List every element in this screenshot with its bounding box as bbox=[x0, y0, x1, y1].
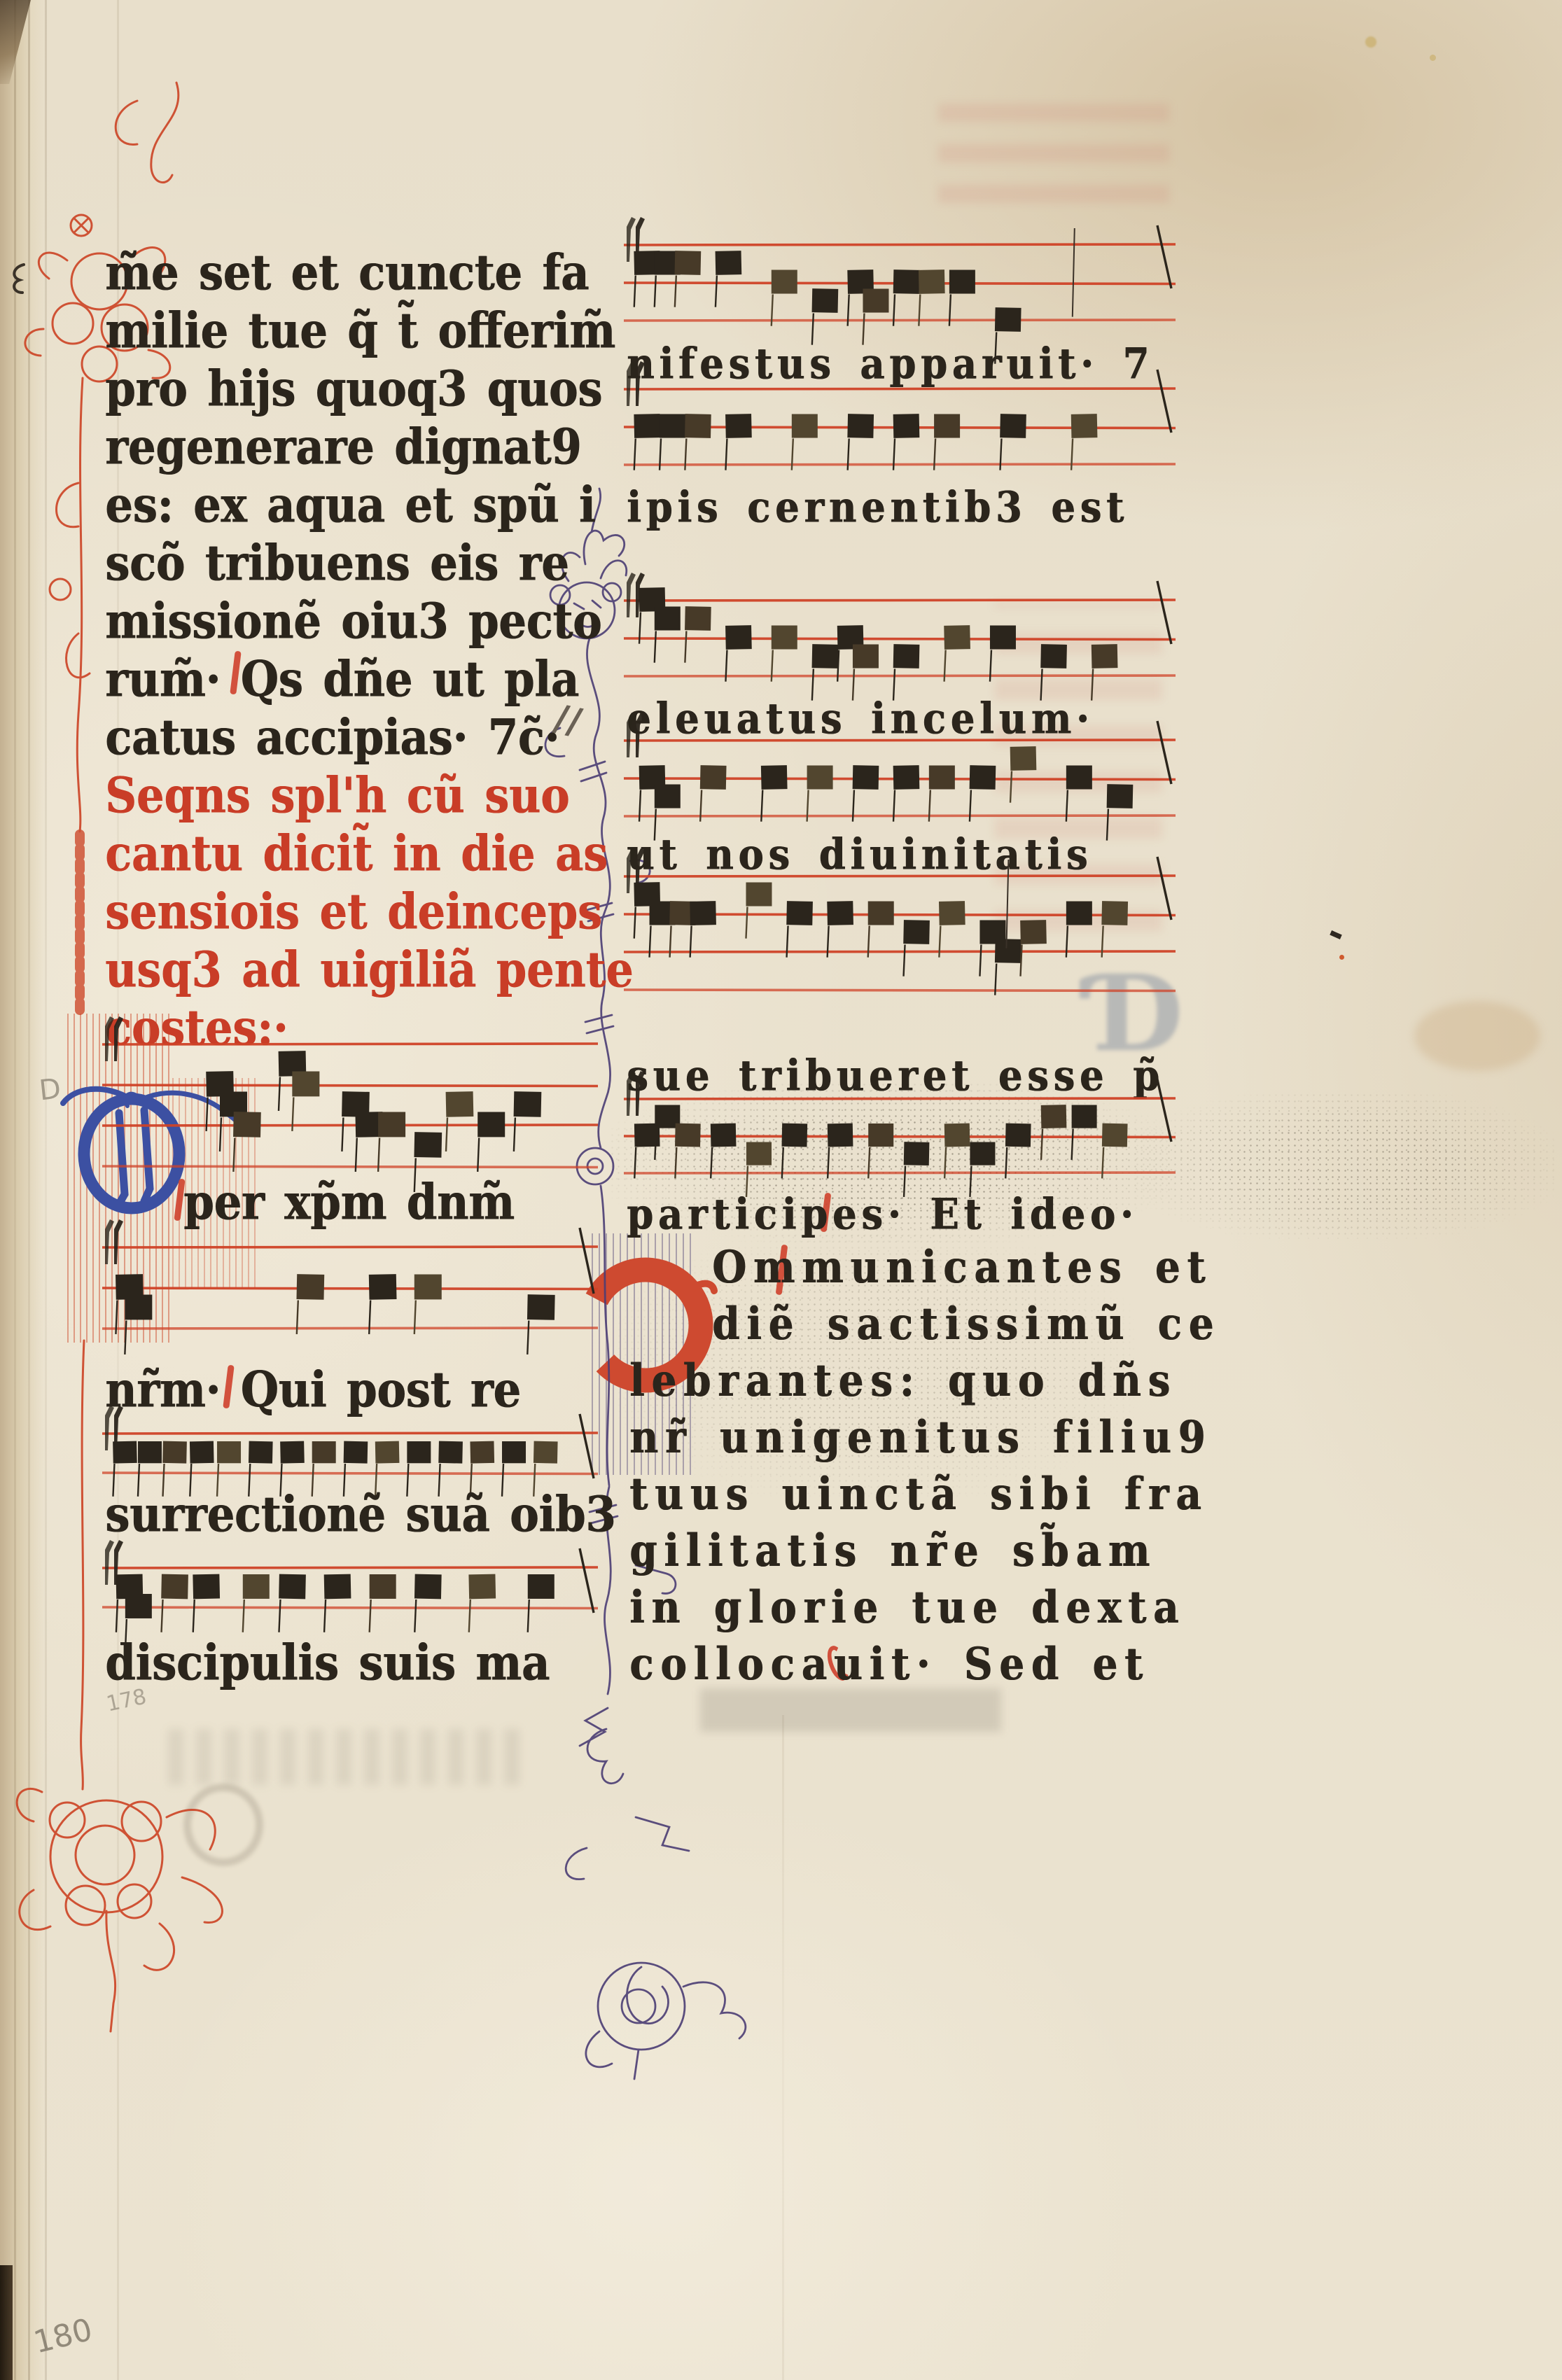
neume-note bbox=[812, 644, 839, 701]
neume-note bbox=[772, 270, 797, 326]
stave-divider bbox=[1006, 860, 1008, 948]
staff-line bbox=[624, 600, 1176, 601]
rubric-line: sensiois et deinceps bbox=[105, 883, 602, 940]
text-line: participes· Et ideo· bbox=[627, 1189, 1138, 1239]
binding-corner-shadow bbox=[0, 2265, 13, 2380]
staff-line bbox=[102, 1567, 598, 1568]
stave-end-stroke bbox=[580, 1414, 594, 1478]
stave-end-stroke bbox=[1157, 721, 1171, 784]
neume-note bbox=[868, 902, 894, 958]
neume-note bbox=[1041, 1105, 1067, 1160]
ink-fleck bbox=[1339, 955, 1344, 960]
neume-note bbox=[233, 1112, 261, 1172]
stave-end-stroke bbox=[1157, 370, 1171, 433]
neume-note bbox=[1102, 1123, 1128, 1179]
neume-note bbox=[868, 1123, 893, 1178]
text-line: diẽ sactissimũ ce bbox=[712, 1298, 1220, 1350]
stave-start-virga bbox=[105, 1016, 114, 1061]
neume-note bbox=[1092, 644, 1118, 701]
neume-note bbox=[1107, 784, 1134, 841]
neume-note bbox=[863, 289, 888, 345]
neume-note bbox=[1020, 920, 1047, 976]
neume-note bbox=[528, 1574, 555, 1632]
stave-start-virga bbox=[105, 1406, 114, 1450]
stave-start-virga bbox=[627, 713, 636, 757]
stave-start-virga bbox=[636, 713, 645, 757]
neume-note bbox=[634, 414, 660, 470]
neume-note bbox=[279, 1574, 306, 1632]
stave-end-stroke bbox=[580, 1548, 594, 1613]
neume-note bbox=[1010, 746, 1037, 803]
text-line: collocauit· Sed et bbox=[629, 1638, 1150, 1690]
ink-fleck bbox=[1330, 930, 1341, 939]
stave-divider bbox=[1073, 228, 1075, 317]
staff-line bbox=[624, 1136, 1176, 1137]
stave-end-stroke bbox=[1157, 857, 1171, 920]
neume-note bbox=[690, 901, 716, 958]
staff-line bbox=[102, 1125, 598, 1126]
dirt-speckle bbox=[1134, 1092, 1554, 1239]
neume-note bbox=[675, 251, 702, 307]
neume-note bbox=[944, 1123, 970, 1179]
neume-note bbox=[1040, 644, 1067, 701]
text-line: lebrantes: quo dñs bbox=[629, 1354, 1177, 1407]
neume-note bbox=[685, 606, 711, 663]
text-line: rum̃· Qs dñe ut pla bbox=[105, 650, 579, 708]
staff-line bbox=[102, 1247, 598, 1247]
staff-line bbox=[102, 1473, 598, 1474]
text-line: ipis cernentib3 est bbox=[627, 482, 1129, 532]
staff-line bbox=[624, 320, 1176, 321]
neume-note bbox=[893, 414, 920, 470]
text-line: pro hijs quoq3 quos bbox=[105, 360, 602, 417]
neume-note bbox=[369, 1274, 397, 1334]
neume-note bbox=[414, 1574, 442, 1632]
stave-start-virga bbox=[105, 1219, 114, 1264]
neume-note bbox=[660, 414, 685, 470]
staff-line bbox=[102, 1166, 598, 1168]
staff-line bbox=[624, 990, 1176, 991]
staff-line bbox=[624, 815, 1176, 816]
neume-note bbox=[970, 765, 996, 822]
neume-note bbox=[853, 645, 879, 701]
neume-note bbox=[827, 901, 853, 958]
neume-note bbox=[655, 607, 681, 663]
neume-note bbox=[786, 901, 813, 958]
pencil-letter-mark: D bbox=[38, 1073, 62, 1107]
neume-note bbox=[711, 1123, 737, 1179]
neume-note bbox=[812, 288, 839, 345]
stave-start-virga bbox=[114, 1219, 123, 1264]
neume-note bbox=[370, 1574, 396, 1632]
text-line: scõ tribuens eis re bbox=[105, 534, 569, 591]
neume-note bbox=[292, 1072, 319, 1131]
neume-note bbox=[1005, 1123, 1031, 1179]
staff-line bbox=[102, 1328, 598, 1329]
neume-note bbox=[893, 644, 920, 701]
neume-note bbox=[725, 414, 752, 470]
text-line: surrectionẽ suã oib3 bbox=[105, 1485, 615, 1543]
text-line: milie tue q̃ t̃ offerim̃ bbox=[105, 302, 615, 359]
neume-note bbox=[990, 626, 1016, 682]
rubric-line: cantu dicit̃ in die as bbox=[105, 825, 608, 882]
neume-note bbox=[893, 269, 920, 326]
staff-line bbox=[624, 638, 1176, 640]
neume-note bbox=[995, 939, 1021, 995]
neume-note bbox=[675, 1123, 701, 1179]
neume-note bbox=[324, 1574, 351, 1632]
rubric-line: Seqns spl'h cũ suo bbox=[105, 766, 569, 824]
stave-start-virga bbox=[636, 1071, 645, 1116]
neume-note bbox=[934, 414, 960, 470]
neume-note bbox=[514, 1091, 542, 1151]
text-line: discipulis suis ma bbox=[105, 1634, 550, 1691]
staff-line bbox=[102, 1433, 598, 1434]
bleedthrough-pink bbox=[938, 98, 1169, 203]
neume-note bbox=[772, 626, 797, 682]
text-line: nr̃ unigenitus filiu9 bbox=[629, 1411, 1212, 1464]
neume-note bbox=[378, 1112, 405, 1172]
neume-note bbox=[716, 251, 742, 307]
text-line: missionẽ oiu3 pecto bbox=[105, 592, 601, 650]
neume-note bbox=[125, 1295, 152, 1354]
stave-start-virga bbox=[627, 573, 636, 617]
neume-note bbox=[761, 765, 788, 822]
rubric-line: usq3 ad uigiliã pente bbox=[105, 941, 634, 998]
neume-note bbox=[893, 765, 920, 822]
stave-end-stroke bbox=[1157, 581, 1171, 644]
stave-end-stroke bbox=[1157, 225, 1171, 288]
text-line: gilitatis nr̃e sb̃am bbox=[629, 1525, 1157, 1577]
neume-note bbox=[792, 414, 818, 470]
music-stave bbox=[99, 1536, 601, 1646]
text-line: catus accipias· 7c̃· bbox=[105, 708, 559, 766]
neume-note bbox=[1066, 766, 1092, 822]
stave-end-stroke bbox=[1157, 1079, 1171, 1142]
neume-note bbox=[243, 1574, 270, 1632]
staff-line bbox=[624, 876, 1176, 876]
neume-note bbox=[725, 625, 752, 682]
neume-note bbox=[1072, 1105, 1097, 1160]
stave-end-stroke bbox=[580, 1228, 594, 1294]
text-line: Ommunicantes et bbox=[712, 1241, 1212, 1294]
staff-line bbox=[624, 464, 1176, 465]
neume-note bbox=[527, 1294, 555, 1354]
manuscript-page-scan: { "page": { "pencil_folio": "180", "penc… bbox=[0, 0, 1562, 2380]
neume-note bbox=[161, 1574, 188, 1632]
text-line: regenerare dignat9 bbox=[105, 418, 581, 475]
neume-note bbox=[193, 1574, 220, 1632]
stave-start-virga bbox=[627, 361, 636, 406]
neume-note bbox=[847, 414, 874, 470]
neume-note bbox=[781, 1123, 807, 1179]
neume-note bbox=[477, 1112, 505, 1172]
neume-note bbox=[949, 270, 975, 326]
neume-note bbox=[919, 269, 945, 326]
staff-line bbox=[624, 1098, 1176, 1099]
neume-note bbox=[1101, 901, 1128, 958]
text-line: tuus uinctã sibi fra bbox=[629, 1468, 1208, 1520]
neume-note bbox=[746, 883, 772, 939]
neume-note bbox=[1066, 902, 1092, 958]
neume-note bbox=[685, 414, 711, 470]
staff-line bbox=[102, 1607, 598, 1609]
neume-note bbox=[903, 920, 930, 976]
neume-note bbox=[853, 765, 879, 822]
neume-note bbox=[1000, 414, 1026, 470]
ink-hook-mark bbox=[6, 263, 34, 295]
neume-note bbox=[939, 901, 965, 958]
neume-note bbox=[414, 1275, 442, 1334]
neume-note bbox=[296, 1274, 324, 1334]
neume-note bbox=[944, 625, 970, 682]
staff-line bbox=[624, 951, 1176, 952]
stave-start-virga bbox=[105, 1540, 114, 1585]
staff-line bbox=[624, 244, 1176, 245]
staff-line bbox=[624, 1172, 1176, 1173]
stave-start-virga bbox=[627, 1071, 636, 1116]
stave-start-virga bbox=[636, 361, 645, 406]
neume-note bbox=[929, 766, 955, 822]
music-stave bbox=[99, 1215, 601, 1368]
stain bbox=[1414, 1001, 1540, 1071]
stave-start-virga bbox=[114, 1016, 123, 1061]
neume-note bbox=[1071, 414, 1098, 470]
text-line: es: ex aqua et spũ i bbox=[105, 476, 595, 533]
stain-spot bbox=[1430, 55, 1436, 61]
neume-note bbox=[446, 1091, 474, 1151]
text-line: m̃e set et cuncte fa bbox=[105, 244, 589, 301]
staff-line bbox=[102, 1085, 598, 1086]
staff-line bbox=[624, 388, 1176, 389]
neume-note bbox=[468, 1574, 496, 1632]
neume-note bbox=[828, 1123, 853, 1179]
neume-note bbox=[807, 766, 833, 822]
music-stave bbox=[621, 844, 1178, 1029]
staff-line bbox=[624, 740, 1176, 741]
neume-note bbox=[700, 765, 727, 822]
staff-line bbox=[102, 1044, 598, 1044]
text-line: in glorie tue dexta bbox=[629, 1581, 1185, 1634]
staff-line bbox=[102, 1288, 598, 1289]
stain-spot bbox=[1365, 36, 1376, 48]
